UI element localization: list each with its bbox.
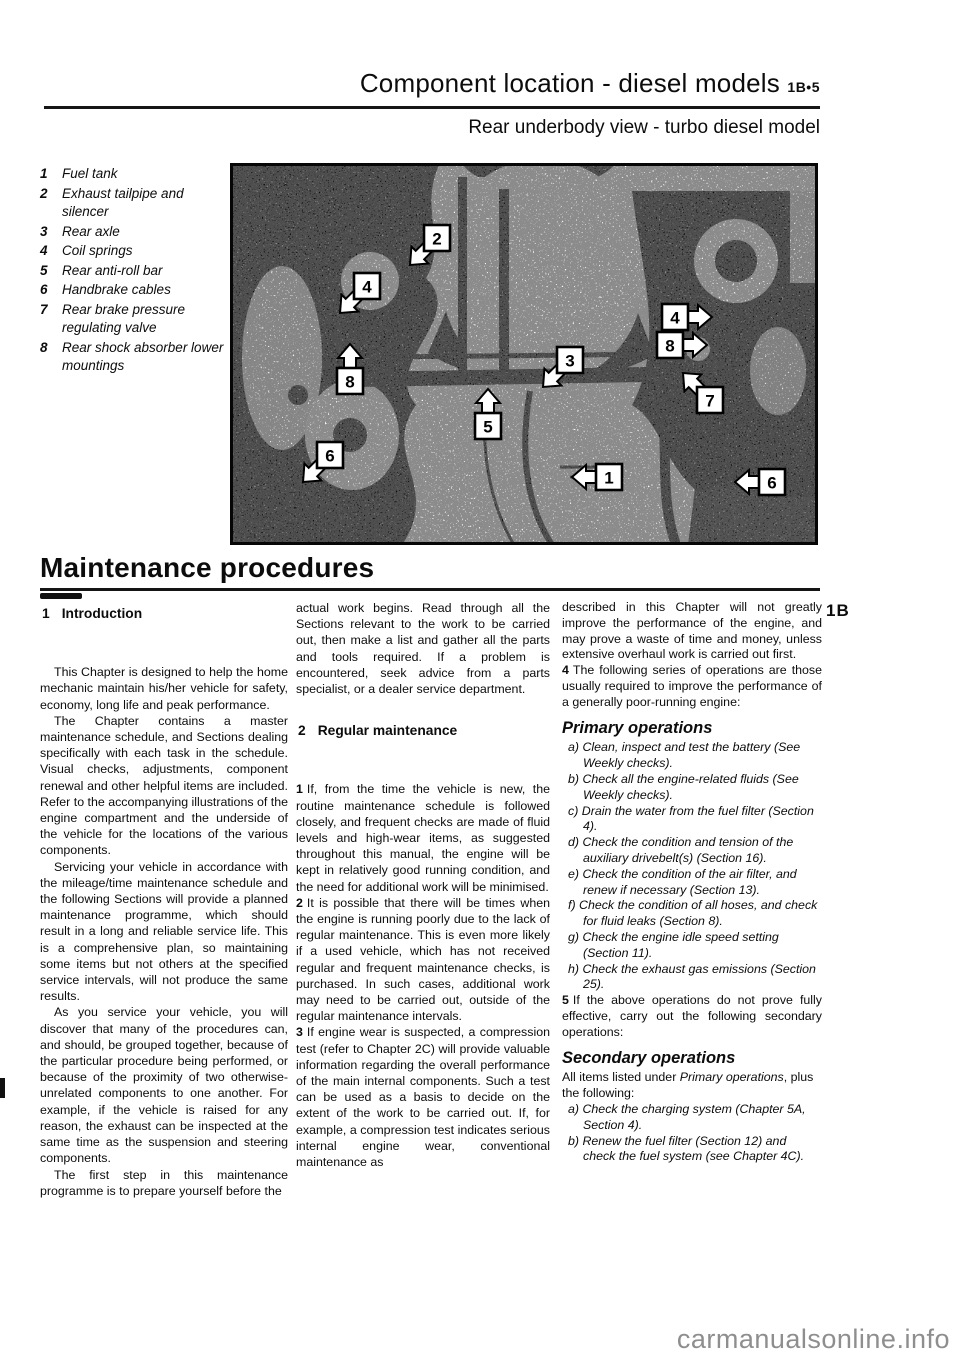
list-item: a) Check the charging system (Chapter 5A… [568, 1102, 822, 1134]
legend-item: 1Fuel tank [40, 165, 228, 184]
svg-text:8: 8 [345, 373, 354, 392]
legend-label: Fuel tank [62, 165, 228, 184]
primary-operations-list: a) Clean, inspect and test the battery (… [568, 740, 822, 993]
list-item: e) Check the condition of the air filter… [568, 867, 822, 899]
svg-text:6: 6 [767, 474, 776, 493]
page-number: 1B•5 [787, 79, 820, 95]
chapter-tab: 1B [826, 601, 850, 621]
svg-text:4: 4 [362, 278, 372, 297]
page-title-text: Component location - diesel models [360, 68, 780, 98]
numbered-paragraph: 2It is possible that there will be times… [296, 895, 550, 1025]
header-rule [44, 106, 820, 109]
paragraph: actual work begins. Read through all the… [296, 600, 550, 697]
figure-legend: 1Fuel tank 2Exhaust tailpipe and silence… [40, 165, 228, 377]
step-text: If, from the time the vehicle is new, th… [296, 782, 550, 893]
legend-label: Rear axle [62, 223, 228, 242]
paragraph: This Chapter is designed to help the hom… [40, 664, 288, 713]
paragraph: The first step in this maintenance progr… [40, 1167, 288, 1199]
legend-item: 6Handbrake cables [40, 281, 228, 300]
numbered-paragraph: 3If engine wear is suspected, a compress… [296, 1024, 550, 1170]
intro-italic: Primary operations [680, 1070, 784, 1084]
legend-number: 7 [40, 301, 62, 338]
legend-label: Handbrake cables [62, 281, 228, 300]
heading-introduction: 1Introduction [42, 606, 288, 622]
manual-page: Component location - diesel models 1B•5 … [0, 0, 960, 1362]
legend-number: 1 [40, 165, 62, 184]
scan-artifact [0, 1078, 5, 1098]
legend-number: 4 [40, 242, 62, 261]
numbered-paragraph: 1If, from the time the vehicle is new, t… [296, 781, 550, 894]
heading-number: 1 [42, 606, 50, 621]
secondary-operations-list: a) Check the charging system (Chapter 5A… [568, 1102, 822, 1165]
scan-artifact [40, 593, 82, 599]
heading-secondary-operations: Secondary operations [562, 1051, 822, 1067]
watermark: carmanualsonline.info [677, 1324, 950, 1355]
list-item: b) Renew the fuel filter (Section 12) an… [568, 1134, 822, 1166]
legend-number: 6 [40, 281, 62, 300]
list-item: d) Check the condition and tension of th… [568, 835, 822, 867]
legend-number: 8 [40, 339, 62, 376]
svg-text:7: 7 [705, 392, 714, 411]
paragraph: As you service your vehicle, you will di… [40, 1004, 288, 1166]
step-number: 5 [562, 993, 569, 1007]
list-item: a) Clean, inspect and test the battery (… [568, 740, 822, 772]
text-column-3: described in this Chapter will not great… [562, 600, 822, 1165]
legend-item: 4Coil springs [40, 242, 228, 261]
step-text: If the above operations do not prove ful… [562, 993, 822, 1039]
step-text: It is possible that there will be times … [296, 896, 550, 1023]
list-item: h) Check the exhaust gas emissions (Sect… [568, 962, 822, 994]
figure-caption: Rear underbody view - turbo diesel model [40, 117, 820, 139]
step-number: 1 [296, 782, 303, 796]
page-title: Component location - diesel models 1B•5 [40, 68, 820, 99]
legend-label: Coil springs [62, 242, 228, 261]
legend-item: 5Rear anti-roll bar [40, 262, 228, 281]
legend-item: 2Exhaust tailpipe and silencer [40, 185, 228, 222]
underbody-photo: 2 4 4 8 3 8 7 [230, 163, 818, 545]
paragraph: Servicing your vehicle in accordance wit… [40, 859, 288, 1005]
list-item: b) Check all the engine-related fluids (… [568, 772, 822, 804]
legend-item: 7Rear brake pressure regulating valve [40, 301, 228, 338]
svg-text:4: 4 [670, 309, 680, 328]
legend-number: 3 [40, 223, 62, 242]
list-item: c) Drain the water from the fuel filter … [568, 804, 822, 836]
heading-primary-operations: Primary operations [562, 721, 822, 737]
section-rule [40, 588, 820, 591]
text-column-2: actual work begins. Read through all the… [296, 600, 550, 1170]
numbered-paragraph: 5If the above operations do not prove fu… [562, 993, 822, 1040]
step-number: 4 [562, 663, 569, 677]
paragraph: described in this Chapter will not great… [562, 600, 822, 663]
step-text: The following series of operations are t… [562, 663, 822, 709]
svg-text:6: 6 [325, 447, 334, 466]
intro-text: All items listed under [562, 1070, 680, 1084]
svg-text:5: 5 [483, 418, 492, 437]
legend-number: 5 [40, 262, 62, 281]
step-text: If engine wear is suspected, a compressi… [296, 1025, 550, 1169]
secondary-intro: All items listed under Primary operation… [562, 1070, 822, 1102]
svg-text:1: 1 [604, 469, 613, 488]
svg-text:8: 8 [665, 337, 674, 356]
heading-label: Introduction [62, 606, 142, 621]
heading-number: 2 [298, 723, 306, 738]
legend-label: Rear brake pressure regulating valve [62, 301, 228, 338]
paragraph: The Chapter contains a master maintenanc… [40, 713, 288, 859]
list-item: f) Check the condition of all hoses, and… [568, 898, 822, 930]
legend-label: Rear shock absorber lower mountings [62, 339, 228, 376]
section-title: Maintenance procedures [40, 552, 374, 584]
legend-item: 8Rear shock absorber lower mountings [40, 339, 228, 376]
legend-label: Exhaust tailpipe and silencer [62, 185, 228, 222]
step-number: 3 [296, 1025, 303, 1039]
svg-text:3: 3 [565, 352, 574, 371]
text-column-1: 1Introduction This Chapter is designed t… [40, 600, 288, 1199]
legend-label: Rear anti-roll bar [62, 262, 228, 281]
svg-text:2: 2 [432, 230, 441, 249]
legend-item: 3Rear axle [40, 223, 228, 242]
legend-number: 2 [40, 185, 62, 222]
list-item: g) Check the engine idle speed setting (… [568, 930, 822, 962]
step-number: 2 [296, 896, 303, 910]
heading-regular-maintenance: 2Regular maintenance [298, 723, 550, 739]
numbered-paragraph: 4The following series of operations are … [562, 663, 822, 710]
heading-label: Regular maintenance [318, 723, 458, 738]
